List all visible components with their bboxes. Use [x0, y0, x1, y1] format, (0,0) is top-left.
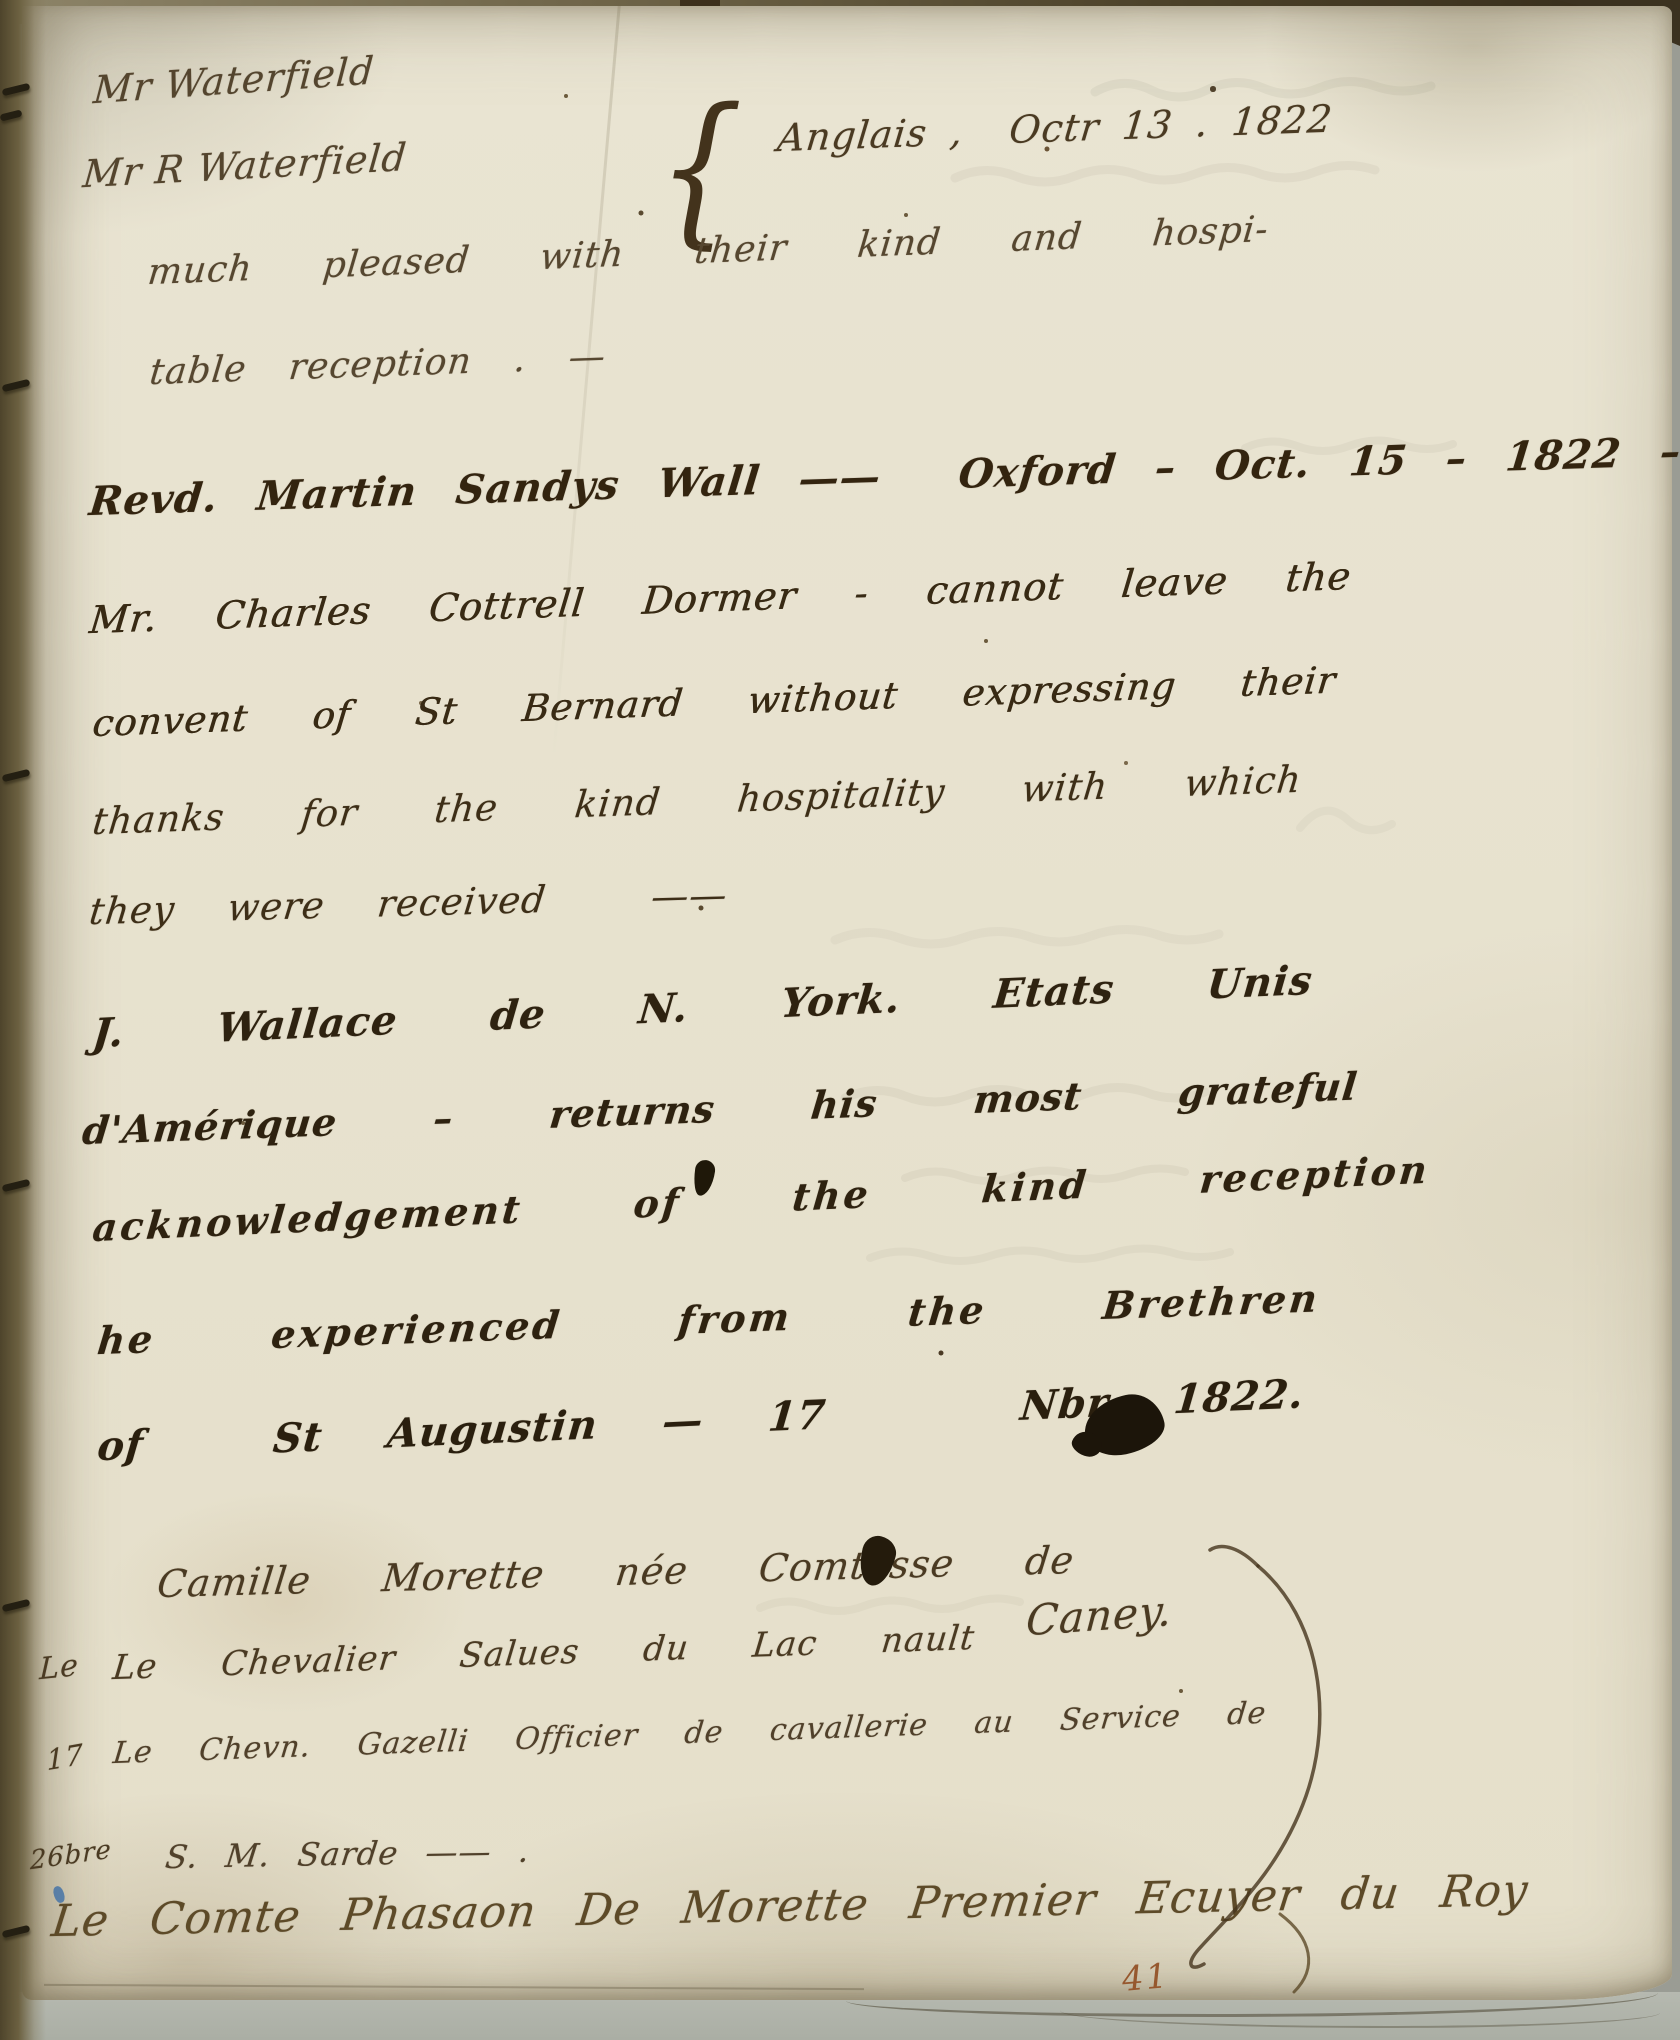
paper-specks	[0, 0, 2, 2]
margin-note: Le	[39, 1648, 80, 1687]
grouping-brace: {	[655, 84, 744, 253]
page-number: 41	[1120, 1956, 1171, 2000]
manuscript-line: Caney.	[1025, 1586, 1175, 1646]
manuscript-line: S. M. Sarde —— .	[163, 1832, 532, 1876]
margin-note: 17	[46, 1737, 84, 1777]
manuscript-scan: Mr Waterfield Mr R Waterfield { Anglais …	[0, 0, 1680, 2040]
book-binding	[0, 0, 46, 2040]
